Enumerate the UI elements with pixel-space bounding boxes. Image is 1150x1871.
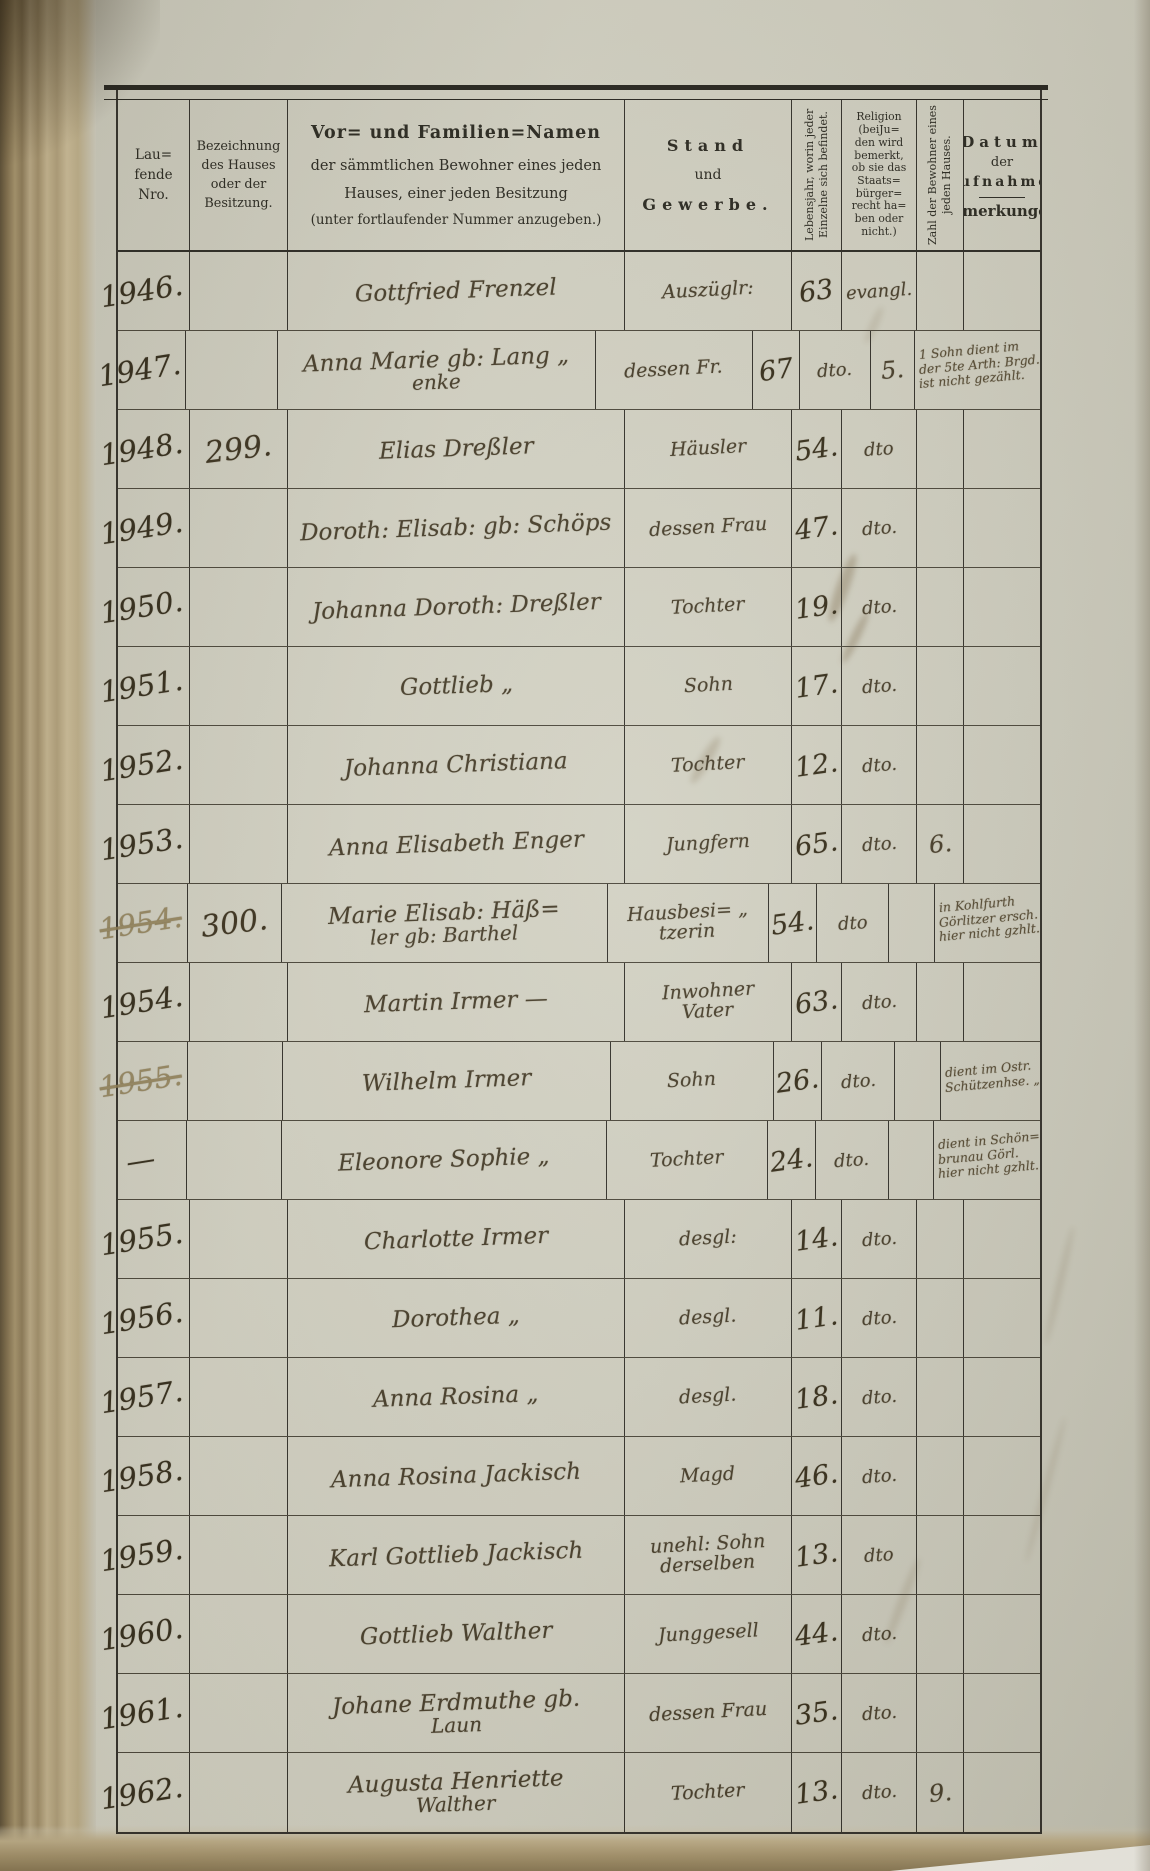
cell-zahl-bewohner	[917, 489, 964, 567]
cell-bemerkungen	[964, 489, 1040, 567]
cell-name: Anna Rosina Jackisch	[288, 1437, 625, 1515]
cell-bemerkungen: dient in Schön= brunau Görl. hier nicht …	[934, 1121, 1040, 1199]
laufende-nro-value: 1953.	[98, 821, 185, 868]
cell-lebensjahr: 63.	[792, 963, 842, 1041]
age-value: 12.	[793, 747, 840, 784]
stand-line1: desgl.	[679, 1307, 737, 1330]
header-stand-line2: und	[695, 167, 722, 183]
name-line1: Anna Rosina Jackisch	[331, 1460, 582, 1492]
cell-laufende-nro: 1959.	[118, 1516, 190, 1594]
cell-bemerkungen	[964, 1516, 1040, 1594]
age-value: 44.	[793, 1616, 840, 1653]
header-laufende-nro-label: Lau= fende Nro.	[134, 145, 172, 206]
cell-zahl-bewohner	[889, 884, 934, 962]
name-line1: Eleonore Sophie „	[338, 1145, 550, 1175]
cell-stand-gewerbe: Sohn	[625, 647, 792, 725]
cell-laufende-nro: 1951.	[118, 647, 190, 725]
cell-name: Anna Marie gb: Lang „ enke	[278, 331, 595, 409]
cell-bemerkungen	[964, 410, 1040, 488]
cell-haus-nro	[190, 1753, 288, 1832]
cell-bemerkungen	[964, 1279, 1040, 1357]
cell-zahl-bewohner: 5.	[871, 331, 915, 409]
cell-name: Eleonore Sophie „	[282, 1121, 607, 1199]
cell-haus-nro	[190, 1595, 288, 1673]
cell-bemerkungen	[964, 1358, 1040, 1436]
table-row: 1953. Anna Elisabeth Enger Jungfern 65. …	[118, 805, 1040, 884]
cell-haus-nro	[190, 1674, 288, 1752]
cell-bemerkungen	[964, 647, 1040, 725]
cell-stand-gewerbe: Inwohner Vater	[625, 963, 792, 1041]
age-value: 47.	[793, 510, 840, 547]
religion-value: dto	[864, 1543, 895, 1566]
cell-stand-gewerbe: dessen Fr.	[596, 331, 753, 409]
cell-laufende-nro: 1955.	[118, 1042, 188, 1120]
table-row: 1952. Johanna Christiana Tochter 12. dto…	[118, 726, 1040, 805]
table-row: 1948. 299. Elias Dreßler Häusler 54. dto	[118, 410, 1040, 489]
cell-lebensjahr: 13.	[792, 1516, 842, 1594]
name-line1: Johanna Christiana	[344, 750, 568, 781]
age-value: 67	[757, 352, 795, 387]
cell-stand-gewerbe: desgl:	[625, 1200, 792, 1278]
cell-name: Dorothea „	[288, 1279, 625, 1357]
cell-laufende-nro: 1957.	[118, 1358, 190, 1436]
cell-zahl-bewohner	[917, 252, 964, 330]
cell-bemerkungen: in Kohlfurth Görlitzer ersch. hier nicht…	[935, 884, 1040, 962]
laufende-nro-value: 1955.	[97, 1058, 184, 1105]
cell-religion: dto.	[842, 805, 917, 883]
religion-value: dto.	[861, 1385, 897, 1408]
header-datum-line2: der	[991, 155, 1013, 170]
cell-religion: dto.	[800, 331, 871, 409]
cell-laufende-nro: —	[118, 1121, 187, 1199]
cell-stand-gewerbe: Jungfern	[625, 805, 792, 883]
religion-value: dto.	[817, 358, 853, 381]
page-right-edge-shade	[1134, 0, 1150, 1871]
cell-lebensjahr: 35.	[792, 1674, 842, 1752]
age-value: 14.	[793, 1221, 840, 1258]
table-top-rule	[104, 85, 1048, 100]
cell-stand-gewerbe: Tochter	[607, 1121, 768, 1199]
cell-religion: dto.	[842, 1753, 917, 1832]
header-bezeichnung: Bezeichnung des Hauses oder der Besitzun…	[190, 100, 288, 250]
cell-stand-gewerbe: desgl.	[625, 1279, 792, 1357]
table-row: — Eleonore Sophie „ Tochter 24. dto. die…	[118, 1121, 1040, 1200]
header-stand-line1: Stand	[667, 136, 749, 155]
name-line1: Johanna Doroth: Dreßler	[311, 590, 600, 623]
cell-name: Anna Rosina „	[288, 1358, 625, 1436]
cell-laufende-nro: 1961.	[118, 1674, 190, 1752]
cell-bemerkungen	[964, 252, 1040, 330]
cell-haus-nro	[190, 568, 288, 646]
cell-lebensjahr: 18.	[792, 1358, 842, 1436]
age-value: 35.	[793, 1695, 840, 1732]
cell-religion: dto	[842, 410, 917, 488]
cell-name: Gottfried Frenzel	[288, 252, 625, 330]
cell-haus-nro	[190, 963, 288, 1041]
cell-stand-gewerbe: Sohn	[611, 1042, 773, 1120]
header-datum-line3: Aufnahme.	[964, 174, 1040, 190]
cell-laufende-nro: 1948.	[118, 410, 190, 488]
cell-lebensjahr: 17.	[792, 647, 842, 725]
header-datum-line1: Datum	[964, 133, 1040, 151]
cell-haus-nro	[190, 1200, 288, 1278]
religion-value: dto	[864, 437, 895, 460]
cell-laufende-nro: 1954.	[118, 884, 188, 962]
laufende-nro-value: 1947.	[96, 347, 183, 394]
cell-lebensjahr: 11.	[792, 1279, 842, 1357]
table-row: 1955. Charlotte Irmer desgl: 14. dto.	[118, 1200, 1040, 1279]
stand-line1: Auszüglr:	[662, 279, 755, 304]
cell-religion: dto	[842, 1516, 917, 1594]
stand-line2: Vater	[682, 1001, 734, 1024]
cell-haus-nro	[186, 331, 278, 409]
name-line1: Gottlieb „	[399, 673, 513, 700]
cell-religion: dto.	[842, 726, 917, 804]
cell-name: Charlotte Irmer	[288, 1200, 625, 1278]
table-row: 1960. Gottlieb Walther Junggesell 44. dt…	[118, 1595, 1040, 1674]
table-row: 1949. Doroth: Elisab: gb: Schöps dessen …	[118, 489, 1040, 568]
cell-zahl-bewohner	[917, 647, 964, 725]
cell-bemerkungen	[964, 568, 1040, 646]
cell-religion: dto.	[842, 1200, 917, 1278]
table-row: 1955. Wilhelm Irmer Sohn 26. dto. dient …	[118, 1042, 1040, 1121]
cell-bemerkungen: dient im Ostr. Schützenhse. „	[941, 1042, 1040, 1120]
cell-stand-gewerbe: Tochter	[625, 568, 792, 646]
cell-lebensjahr: 67	[753, 331, 800, 409]
header-lebensjahr-label: Lebensjahr, worin jeder Einzelne sich be…	[803, 105, 831, 245]
age-value: 54.	[793, 431, 840, 468]
cell-bemerkungen	[964, 1595, 1040, 1673]
laufende-nro-value: 1961.	[98, 1690, 185, 1737]
header-namen-line3: Hauses, einer jeden Besitzung	[344, 186, 568, 202]
cell-bemerkungen	[964, 1753, 1040, 1832]
haus-nro-value: 300.	[199, 902, 270, 945]
religion-value: dto.	[861, 1464, 897, 1487]
laufende-nro-value: 1954.	[97, 900, 184, 947]
name-line2: enke	[412, 371, 461, 393]
header-namen: Vor= und Familien=Namen der sämmtlichen …	[288, 100, 625, 250]
cell-laufende-nro: 1960.	[118, 1595, 190, 1673]
cell-zahl-bewohner	[895, 1042, 941, 1120]
haus-nro-value: 299.	[203, 428, 274, 471]
cell-lebensjahr: 26.	[774, 1042, 823, 1120]
cell-name: Karl Gottlieb Jackisch	[288, 1516, 625, 1594]
table-row: 1951. Gottlieb „ Sohn 17. dto.	[118, 647, 1040, 726]
religion-value: dto.	[861, 1306, 897, 1329]
cell-name: Wilhelm Irmer	[283, 1042, 611, 1120]
age-value: 63	[797, 273, 835, 308]
stand-line1: Häusler	[669, 437, 746, 461]
cell-religion: dto.	[822, 1042, 895, 1120]
cell-name: Anna Elisabeth Enger	[288, 805, 625, 883]
cell-haus-nro	[190, 252, 288, 330]
bewohner-count-value: 9.	[927, 1778, 952, 1808]
cell-name: Augusta Henriette Walther	[288, 1753, 625, 1832]
stand-line2: derselben	[660, 1553, 756, 1578]
cell-religion: dto.	[842, 1595, 917, 1673]
stand-line1: Tochter	[671, 595, 745, 619]
cell-haus-nro	[188, 1042, 283, 1120]
cell-religion: dto.	[842, 963, 917, 1041]
age-value: 19.	[793, 589, 840, 626]
cell-lebensjahr: 44.	[792, 1595, 842, 1673]
cell-haus-nro	[190, 1437, 288, 1515]
cell-lebensjahr: 54.	[769, 884, 817, 962]
table-row: 1954. Martin Irmer — Inwohner Vater 63. …	[118, 963, 1040, 1042]
header-laufende-nro: Lau= fende Nro.	[118, 100, 190, 250]
cell-bemerkungen	[964, 1200, 1040, 1278]
cell-bemerkungen	[964, 1674, 1040, 1752]
religion-value: dto.	[861, 990, 897, 1013]
cell-religion: dto.	[842, 1279, 917, 1357]
name-line2: ler gb: Barthel	[370, 922, 519, 947]
cell-zahl-bewohner	[917, 1516, 964, 1594]
header-bemerkungen-label: Bemerkungen.	[964, 202, 1040, 220]
scanned-register-page: Lau= fende Nro. Bezeichnung des Hauses o…	[0, 0, 1150, 1871]
cell-stand-gewerbe: Tochter	[625, 1753, 792, 1832]
cell-lebensjahr: 19.	[792, 568, 842, 646]
laufende-nro-value: 1948.	[98, 426, 185, 473]
table-row: 1961. Johane Erdmuthe gb. Laun dessen Fr…	[118, 1674, 1040, 1753]
header-stand-gewerbe: Stand und Gewerbe.	[625, 100, 792, 250]
religion-value: dto.	[834, 1148, 870, 1171]
laufende-nro-value: 1962.	[98, 1769, 185, 1816]
cell-stand-gewerbe: Magd	[625, 1437, 792, 1515]
religion-value: dto.	[861, 1227, 897, 1250]
cell-bemerkungen	[964, 805, 1040, 883]
cell-zahl-bewohner	[917, 1595, 964, 1673]
religion-value: dto.	[861, 595, 897, 618]
stand-line1: Sohn	[667, 1070, 717, 1092]
cell-religion: dto.	[842, 1437, 917, 1515]
table-row: 1957. Anna Rosina „ desgl. 18. dto.	[118, 1358, 1040, 1437]
header-namen-line2: der sämmtlichen Bewohner eines jeden	[311, 158, 602, 174]
cell-religion: dto.	[842, 1358, 917, 1436]
name-line1: Gottfried Frenzel	[355, 276, 557, 306]
cell-laufende-nro: 1953.	[118, 805, 190, 883]
cell-haus-nro	[190, 1516, 288, 1594]
cell-lebensjahr: 14.	[792, 1200, 842, 1278]
cell-haus-nro	[190, 726, 288, 804]
religion-value: dto.	[861, 674, 897, 697]
laufende-nro-value: 1952.	[98, 742, 185, 789]
laufende-nro-value: 1954.	[98, 979, 185, 1026]
stand-line1: Tochter	[671, 1781, 745, 1805]
laufende-nro-value: —	[123, 1141, 157, 1179]
stand-line1: Sohn	[683, 675, 733, 697]
header-lebensjahr: Lebensjahr, worin jeder Einzelne sich be…	[792, 100, 842, 250]
stand-line1: dessen Frau	[648, 515, 767, 541]
stand-line1: desgl:	[679, 1228, 738, 1251]
cell-lebensjahr: 46.	[792, 1437, 842, 1515]
bewohner-count-value: 6.	[927, 829, 952, 859]
cell-laufende-nro: 1954.	[118, 963, 190, 1041]
cell-name: Johanna Christiana	[288, 726, 625, 804]
cell-laufende-nro: 1947.	[118, 331, 186, 409]
cell-laufende-nro: 1955.	[118, 1200, 190, 1278]
cell-religion: dto.	[842, 1674, 917, 1752]
cell-bemerkungen	[964, 726, 1040, 804]
stand-line1: Tochter	[650, 1148, 724, 1172]
table-row: 1946. Gottfried Frenzel Auszüglr: 63 eva…	[118, 252, 1040, 331]
stand-line2: tzerin	[659, 922, 716, 945]
header-bezeichnung-label: Bezeichnung des Hauses oder der Besitzun…	[197, 137, 281, 214]
header-zahl-bewohner: Zahl der Bewohner eines jeden Hauses.	[917, 100, 964, 250]
cell-lebensjahr: 13.	[792, 1753, 842, 1832]
cell-lebensjahr: 65.	[792, 805, 842, 883]
cell-haus-nro	[190, 805, 288, 883]
stand-line1: Jungfern	[666, 832, 751, 856]
cell-zahl-bewohner	[917, 963, 964, 1041]
cell-lebensjahr: 63	[792, 252, 842, 330]
table-row: 1956. Dorothea „ desgl. 11. dto.	[118, 1279, 1040, 1358]
name-line1: Elias Dreßler	[378, 435, 533, 463]
cell-laufende-nro: 1958.	[118, 1437, 190, 1515]
religion-value: dto	[837, 911, 868, 934]
cell-bemerkungen	[964, 1437, 1040, 1515]
age-value: 46.	[793, 1458, 840, 1495]
cell-zahl-bewohner: 6.	[917, 805, 964, 883]
cell-haus-nro: 299.	[190, 410, 288, 488]
religion-value: dto.	[861, 1781, 897, 1804]
name-line2: Laun	[430, 1714, 482, 1736]
age-value: 24.	[768, 1142, 815, 1179]
cell-laufende-nro: 1952.	[118, 726, 190, 804]
stand-line1: Junggesell	[657, 1621, 759, 1646]
stand-line1: Magd	[680, 1465, 736, 1488]
cell-haus-nro: 300.	[188, 884, 283, 962]
cell-zahl-bewohner	[889, 1121, 934, 1199]
cell-stand-gewerbe: dessen Frau	[625, 1674, 792, 1752]
age-value: 18.	[793, 1379, 840, 1416]
register-table: Lau= fende Nro. Bezeichnung des Hauses o…	[116, 85, 1042, 1834]
age-value: 13.	[793, 1537, 840, 1574]
table-row: 1962. Augusta Henriette Walther Tochter …	[118, 1753, 1040, 1832]
cell-religion: dto.	[842, 647, 917, 725]
cell-stand-gewerbe: desgl.	[625, 1358, 792, 1436]
laufende-nro-value: 1951.	[98, 663, 185, 710]
age-value: 11.	[793, 1300, 840, 1337]
cell-religion: dto.	[842, 489, 917, 567]
header-religion: Religion (beiJu= den wird bemerkt, ob si…	[842, 100, 917, 250]
cell-haus-nro	[190, 1279, 288, 1357]
page-stack-left-edge	[0, 0, 96, 1871]
table-row: 1959. Karl Gottlieb Jackisch unehl: Sohn…	[118, 1516, 1040, 1595]
cell-laufende-nro: 1950.	[118, 568, 190, 646]
laufende-nro-value: 1946.	[98, 268, 185, 315]
table-row: 1954. 300. Marie Elisab: Häß= ler gb: Ba…	[118, 884, 1040, 963]
cell-zahl-bewohner	[917, 1358, 964, 1436]
cell-bemerkungen: 1 Sohn dient im der 5te Arth: Brgd. ist …	[915, 331, 1040, 409]
cell-zahl-bewohner	[917, 1674, 964, 1752]
age-value: 26.	[774, 1063, 821, 1100]
cell-stand-gewerbe: Tochter	[625, 726, 792, 804]
cell-zahl-bewohner	[917, 726, 964, 804]
header-religion-label: Religion (beiJu= den wird bemerkt, ob si…	[852, 111, 907, 238]
laufende-nro-value: 1949.	[98, 505, 185, 552]
laufende-nro-value: 1957.	[98, 1374, 185, 1421]
laufende-nro-value: 1960.	[98, 1611, 185, 1658]
header-stand-line3: Gewerbe.	[642, 195, 773, 214]
cell-religion: dto.	[842, 568, 917, 646]
cell-religion: dto.	[816, 1121, 888, 1199]
cell-religion: dto	[817, 884, 889, 962]
laufende-nro-value: 1956.	[98, 1295, 185, 1342]
stand-line1: dessen Fr.	[624, 357, 724, 382]
cell-name: Gottlieb „	[288, 647, 625, 725]
age-value: 13.	[793, 1774, 840, 1811]
name-line1: Dorothea „	[392, 1304, 520, 1331]
religion-value: dto.	[861, 1701, 897, 1724]
religion-value: dto.	[861, 753, 897, 776]
cell-name: Elias Dreßler	[288, 410, 625, 488]
cell-laufende-nro: 1946.	[118, 252, 190, 330]
name-line1: Anna Elisabeth Enger	[328, 828, 584, 860]
cell-zahl-bewohner	[917, 1200, 964, 1278]
cell-zahl-bewohner	[917, 568, 964, 646]
cell-name: Johane Erdmuthe gb. Laun	[288, 1674, 625, 1752]
cell-haus-nro	[187, 1121, 282, 1199]
cell-name: Marie Elisab: Häß= ler gb: Barthel	[282, 884, 607, 962]
name-line2: Walther	[416, 1793, 496, 1816]
religion-value: dto.	[861, 1622, 897, 1645]
name-line1: Wilhelm Irmer	[362, 1067, 532, 1096]
cell-name: Johanna Doroth: Dreßler	[288, 568, 625, 646]
cell-haus-nro	[190, 489, 288, 567]
header-datum-bemerkungen: Datum der Aufnahme. — Bemerkungen.	[964, 100, 1040, 250]
header-namen-line1: Vor= und Familien=Namen	[311, 123, 601, 143]
name-line1: Charlotte Irmer	[364, 1224, 549, 1253]
cell-zahl-bewohner: 9.	[917, 1753, 964, 1832]
cell-laufende-nro: 1962.	[118, 1753, 190, 1832]
name-line1: Martin Irmer —	[364, 987, 548, 1016]
laufende-nro-value: 1958.	[98, 1453, 185, 1500]
cell-lebensjahr: 47.	[792, 489, 842, 567]
cell-name: Doroth: Elisab: gb: Schöps	[288, 489, 625, 567]
laufende-nro-value: 1959.	[98, 1532, 185, 1579]
cell-stand-gewerbe: dessen Frau	[625, 489, 792, 567]
cell-stand-gewerbe: Hausbesi= „ tzerin	[608, 884, 769, 962]
name-line1: Doroth: Elisab: gb: Schöps	[300, 511, 612, 545]
stand-line1: dessen Frau	[648, 1700, 767, 1726]
laufende-nro-value: 1955.	[98, 1216, 185, 1263]
cell-stand-gewerbe: Häusler	[625, 410, 792, 488]
cell-haus-nro	[190, 1358, 288, 1436]
cell-zahl-bewohner	[917, 1437, 964, 1515]
header-datum-divider: —	[979, 197, 1025, 198]
cell-laufende-nro: 1949.	[118, 489, 190, 567]
age-value: 17.	[793, 668, 840, 705]
cell-zahl-bewohner	[917, 410, 964, 488]
laufende-nro-value: 1950.	[98, 584, 185, 631]
religion-value: dto.	[840, 1069, 876, 1092]
name-line1: Anna Rosina „	[373, 1383, 539, 1412]
header-zahl-label: Zahl der Bewohner eines jeden Hauses.	[926, 105, 954, 245]
table-body: 1946. Gottfried Frenzel Auszüglr: 63 eva…	[118, 252, 1040, 1832]
header-namen-line4: (unter fortlaufender Nummer anzugeben.)	[311, 212, 602, 228]
name-line1: Karl Gottlieb Jackisch	[329, 1539, 584, 1571]
religion-value: dto.	[861, 832, 897, 855]
cell-haus-nro	[190, 647, 288, 725]
bewohner-count-value: 5.	[880, 355, 905, 385]
name-line1: Gottlieb Walther	[359, 1619, 552, 1649]
table-row: 1950. Johanna Doroth: Dreßler Tochter 19…	[118, 568, 1040, 647]
cell-lebensjahr: 54.	[792, 410, 842, 488]
table-row: 1958. Anna Rosina Jackisch Magd 46. dto.	[118, 1437, 1040, 1516]
ink-smudge	[1043, 1226, 1077, 1344]
cell-stand-gewerbe: Auszüglr:	[625, 252, 792, 330]
cell-name: Gottlieb Walther	[288, 1595, 625, 1673]
